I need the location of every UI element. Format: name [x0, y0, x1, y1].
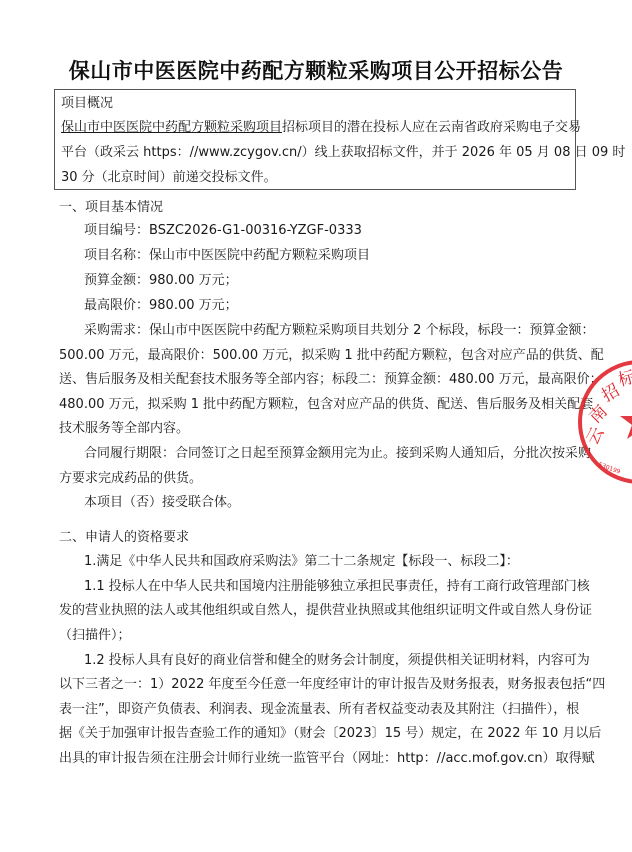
document-title: 保山市中医医院中药配方颗粒采购项目公开招标公告: [0, 55, 632, 85]
star-icon: [620, 402, 632, 439]
qualification-item-1-2: 出具的审计报告须在注册会计师行业统一监管平台（网址：http：//acc.mof…: [59, 751, 595, 767]
overview-line-3: 30 分（北京时间）前递交投标文件。: [61, 170, 277, 186]
qualification-item-1-2: 以下三者之一：1）2022 年度至今任意一年度经审计的审计报告及财务报表，财务报…: [59, 677, 605, 693]
overview-project-link: 保山市中医医院中药配方颗粒采购项目: [61, 120, 282, 135]
overview-line-2: 平台（政采云 https：//www.zcygov.cn/）线上获取招标文件，并…: [61, 145, 625, 161]
qualification-item-1: 1.满足《中华人民共和国政府采购法》第二十二条规定【标段一、标段二】：: [84, 554, 519, 570]
company-seal-stamp: 云 南 招 标 股 530199: [576, 358, 632, 486]
qualification-item-1-2: 据《关于加强审计报告查验工作的通知》（财会〔2023〕15 号）规定，在 202…: [59, 726, 601, 742]
requirements-line: 技术服务等全部内容。: [59, 421, 189, 437]
contract-period-line: 合同履行期限：合同签订之日起至预算金额用完为止。接到采购人通知后，分批次按采购: [84, 446, 591, 462]
project-name: 项目名称：保山市中医医院中药配方颗粒采购项目: [84, 248, 370, 264]
budget-amount: 预算金额：980.00 万元；: [84, 273, 238, 289]
overview-heading: 项目概况: [61, 96, 113, 112]
qualification-item-1-1: （扫描件）；: [59, 628, 131, 644]
qualification-item-1-2: 1.2 投标人具有良好的商业信誉和健全的财务会计制度，须提供相关证明材料，内容可…: [84, 653, 590, 669]
requirements-line: 500.00 万元，最高限价：500.00 万元，拟采购 1 批中药配方颗粒，包…: [59, 348, 604, 364]
overview-line-1: 保山市中医医院中药配方颗粒采购项目招标项目的潜在投标人应在云南省政府采购电子交易: [61, 120, 581, 136]
section-2-heading: 二、申请人的资格要求: [59, 530, 189, 546]
consortium-note: 本项目（否）接受联合体。: [84, 495, 240, 511]
requirements-line: 采购需求：保山市中医医院中药配方颗粒采购项目共划分 2 个标段，标段一：预算金额…: [84, 323, 595, 339]
qualification-item-1-1: 1.1 投标人在中华人民共和国境内注册能够独立承担民事责任，持有工商行政管理部门…: [84, 579, 590, 595]
section-1-heading: 一、项目基本情况: [59, 200, 163, 216]
document-page: 保山市中医医院中药配方颗粒采购项目公开招标公告 项目概况 保山市中医医院中药配方…: [0, 0, 632, 852]
requirements-line: 送、售后服务及相关配套技术服务等全部内容；标段二：预算金额：480.00 万元，…: [59, 372, 603, 388]
requirements-line: 480.00 万元，拟采购 1 批中药配方颗粒，包含对应产品的供货、配送、售后服…: [59, 397, 593, 413]
contract-period-line: 方要求完成药品的供货。: [59, 471, 202, 487]
overview-line-1-rest: 招标项目的潜在投标人应在云南省政府采购电子交易: [282, 120, 581, 135]
svg-text:标: 标: [616, 367, 632, 391]
qualification-item-1-1: 发的营业执照的法人或其他组织或自然人，提供营业执照或其他组织证明文件或自然人身份…: [59, 603, 592, 619]
qualification-item-1-2: 表一注”，即资产负债表、利润表、现金流量表、所有者权益变动表及其附注（扫描件），…: [59, 702, 579, 718]
project-number: 项目编号：BSZC2026-G1-00316-YZGF-0333: [84, 223, 362, 239]
max-price: 最高限价：980.00 万元；: [84, 298, 238, 314]
